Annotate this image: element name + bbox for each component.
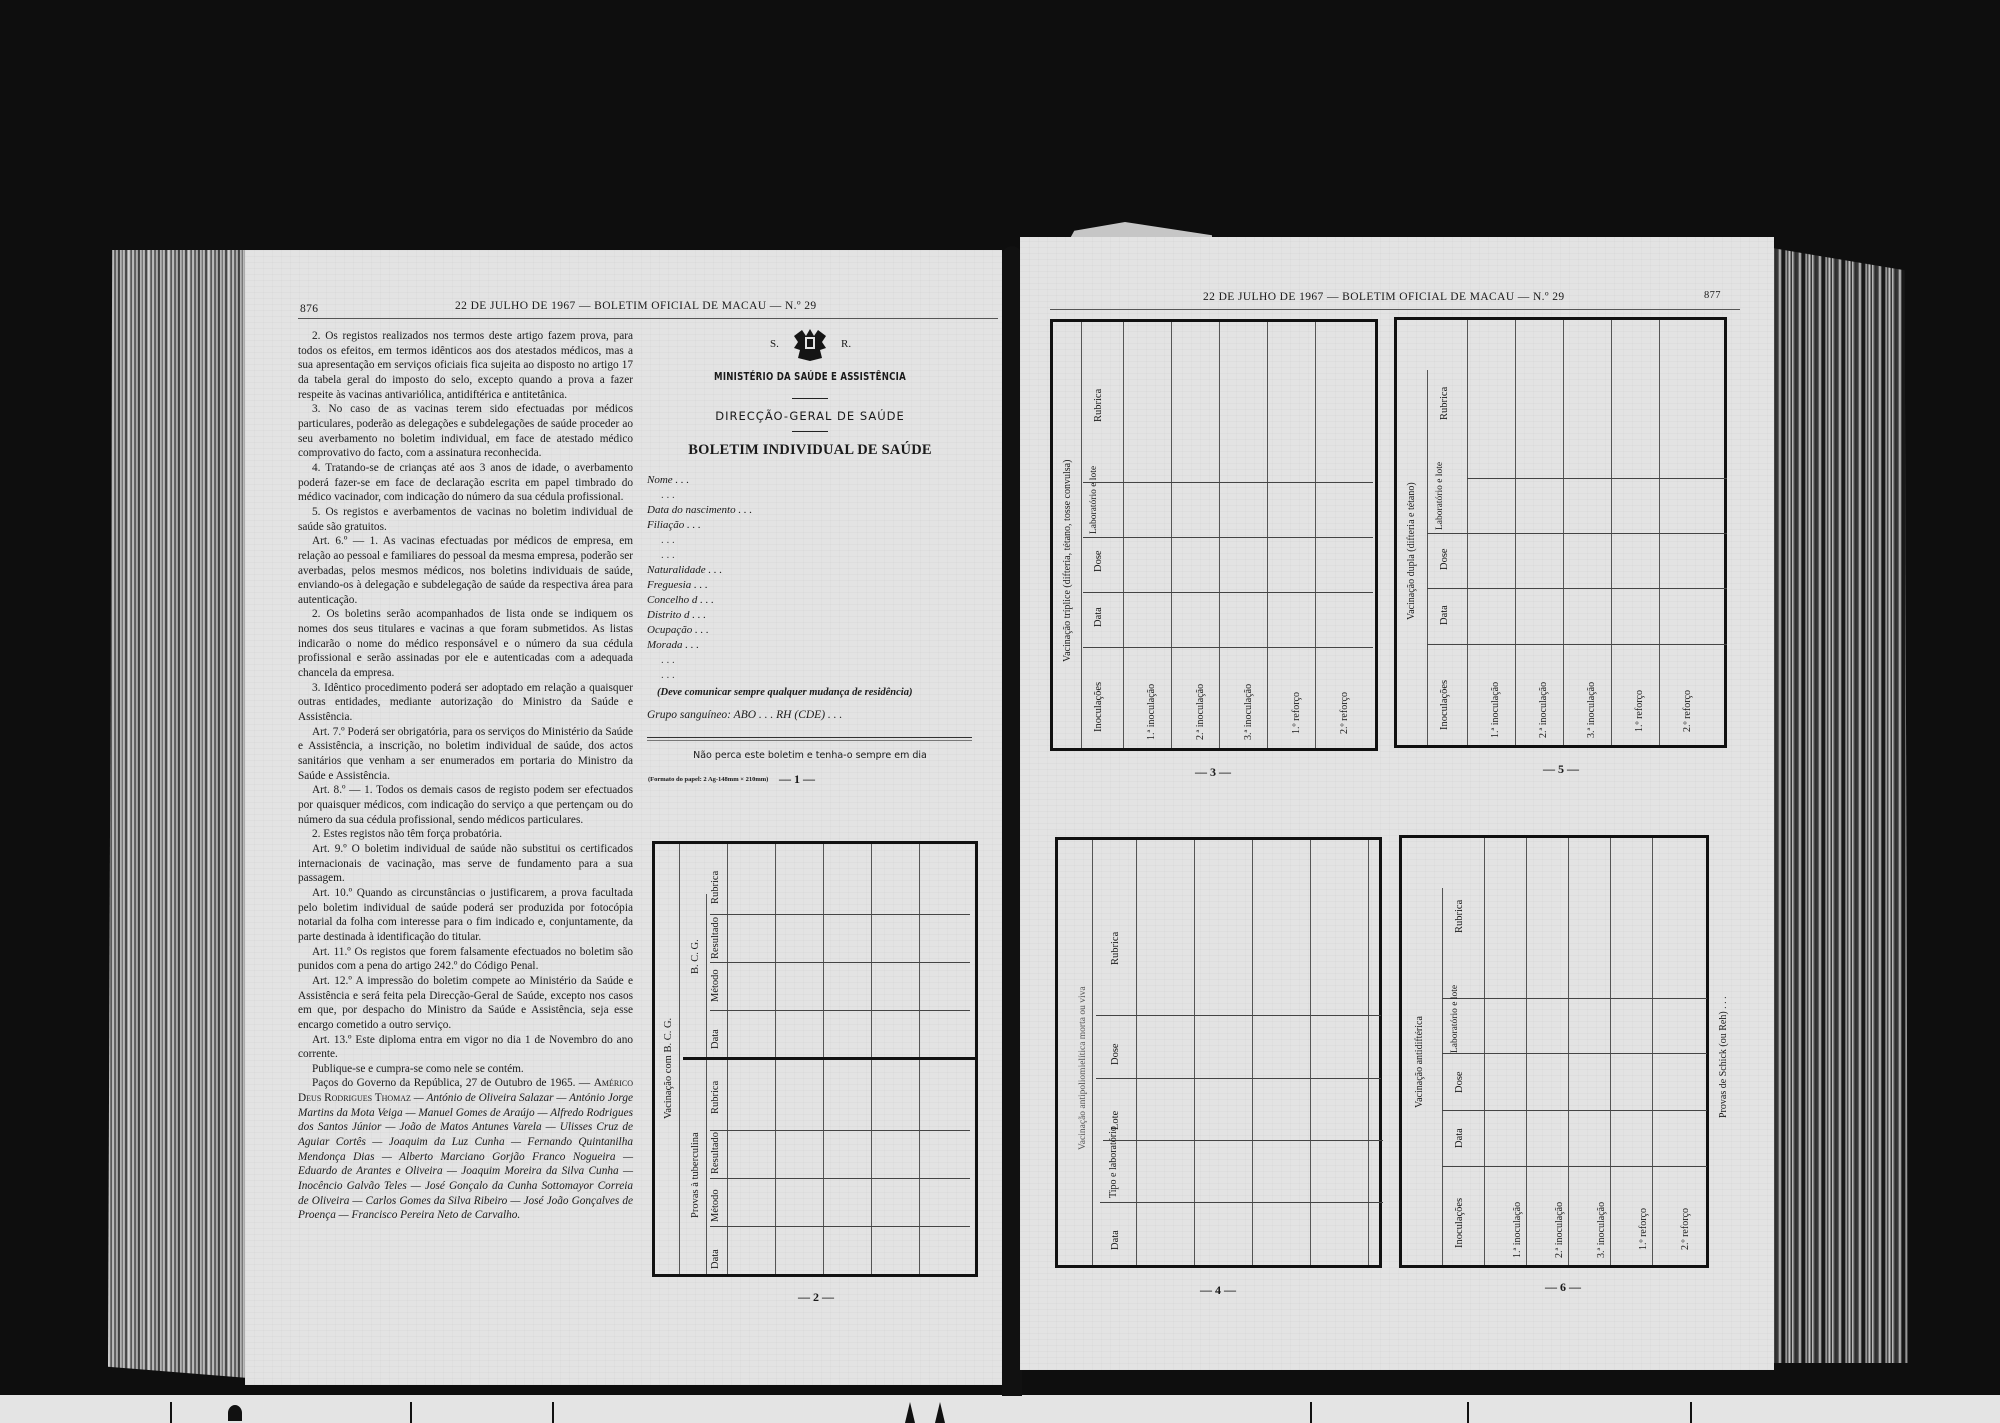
grid-line — [710, 1130, 970, 1131]
paragraph: 4. Tratando-se de crianças até aos 3 ano… — [298, 461, 633, 505]
field-naturalidade: Naturalidade . . . — [647, 563, 752, 578]
grid-line — [1083, 537, 1373, 538]
grid-line — [1315, 322, 1316, 748]
keep-notice: Não perca este boletim e tenha-o sempre … — [645, 750, 975, 761]
scan-mark — [228, 1405, 242, 1421]
grid-line — [1427, 533, 1727, 534]
decree-text-column: 2. Os registos realizados nos termos des… — [298, 329, 633, 1223]
column-header: Lote — [1110, 1111, 1121, 1130]
grid-line — [1427, 588, 1727, 589]
grid-line — [1123, 322, 1124, 748]
grid-line — [1083, 482, 1373, 483]
form-page-2-bcg-table: Vacinação com B. C. G. B. C. G. Provas à… — [652, 841, 978, 1277]
form-page-number: — 4 — — [1200, 1283, 1236, 1298]
field-continuation: . . . — [647, 488, 752, 503]
scan-mark — [552, 1402, 554, 1423]
field-continuation: . . . — [647, 548, 752, 563]
grid-line — [1442, 1110, 1707, 1111]
emblem-letter-s: S. — [770, 338, 779, 350]
row-label: 1.ª inoculação — [1490, 682, 1501, 738]
directorate-heading: DIRECÇÃO-GERAL DE SAÚDE — [645, 409, 975, 423]
grid-line — [1096, 1078, 1381, 1079]
coat-of-arms-icon — [790, 328, 830, 362]
form-page-number: — 6 — — [1545, 1280, 1581, 1295]
row-label: 1.º reforço — [1291, 692, 1302, 734]
column-header: Rubrica — [1439, 387, 1450, 420]
grid-line — [1442, 998, 1707, 999]
grid-line — [710, 1226, 970, 1227]
paragraph: Art. 7.º Poderá ser obrigatória, para os… — [298, 725, 633, 784]
grid-line — [1442, 1166, 1707, 1167]
row-label: 2.º reforço — [1682, 690, 1693, 732]
grid-line — [1467, 478, 1727, 479]
form-title: BOLETIM INDIVIDUAL DE SAÚDE — [645, 442, 975, 459]
row-label: 2.º reforço — [1680, 1208, 1691, 1250]
ministry-heading: MINISTÉRIO DA SAÚDE E ASSISTÊNCIA — [681, 370, 938, 383]
field-continuation: . . . — [647, 668, 752, 683]
scan-mark — [1310, 1402, 1312, 1423]
scan-mark — [410, 1402, 412, 1423]
book-gutter — [1002, 246, 1022, 1396]
paragraph: Art. 11.º Os registos que forem falsamen… — [298, 945, 633, 974]
grid-line — [710, 1010, 970, 1011]
column-header: Inoculações — [1093, 682, 1104, 732]
grid-line — [1427, 644, 1727, 645]
column-header: Laboratório e lote — [1089, 484, 1099, 534]
form-page-number: — 2 — — [798, 1290, 834, 1305]
row-label: 3.ª inoculação — [1243, 684, 1254, 740]
grid-line — [1081, 322, 1082, 748]
scan-mark — [1467, 1402, 1469, 1423]
column-header: Resultado — [710, 1132, 721, 1174]
grid-line — [1103, 1140, 1383, 1141]
row-label: 2.ª inoculação — [1195, 684, 1206, 740]
row-label: 2.ª inoculação — [1554, 1202, 1565, 1258]
column-header: Inoculações — [1454, 1198, 1465, 1248]
residence-change-notice: (Deve comunicar sempre qualquer mudança … — [657, 687, 912, 698]
column-header: Data — [710, 1249, 721, 1269]
column-header: Rubrica — [710, 1081, 721, 1114]
section-divider — [683, 1057, 975, 1060]
grid-line — [1568, 838, 1569, 1265]
form-page-3-triple-vaccination-table: Vacinação tríplice (difteria, tétano, to… — [1050, 319, 1378, 751]
scan-mark — [1690, 1402, 1692, 1423]
row-label: 1.ª inoculação — [1512, 1202, 1523, 1258]
column-header: Data — [710, 1029, 721, 1049]
row-label: 1.º reforço — [1638, 1208, 1649, 1250]
double-rule — [647, 737, 972, 741]
paragraph: Art. 13.º Este diploma entra em vigor no… — [298, 1033, 633, 1062]
paragraph: 5. Os registos e averbamentos de vacinas… — [298, 505, 633, 534]
column-header: Dose — [1110, 1043, 1121, 1065]
column-header: Laboratório e lote — [1435, 462, 1445, 530]
form-page-number: — 3 — — [1195, 765, 1231, 780]
column-header: Inoculações — [1439, 680, 1450, 730]
grid-line — [1083, 592, 1373, 593]
grid-line — [1267, 322, 1268, 748]
emblem-letter-r: R. — [841, 338, 851, 350]
table-title: Vacinação com B. C. G. — [663, 1018, 674, 1119]
column-header: Tipo e laboratório — [1108, 1126, 1119, 1198]
row-label: 3.ª inoculação — [1596, 1202, 1607, 1258]
form-page-number: — 5 — — [1543, 762, 1579, 777]
paragraph: Art. 9.º O boletim individual de saúde n… — [298, 842, 633, 886]
row-label: 1.ª inoculação — [1146, 684, 1157, 740]
column-header: Data — [1110, 1230, 1121, 1250]
field-freguesia: Freguesia . . . — [647, 578, 752, 593]
grid-line — [1092, 840, 1093, 1265]
section-label-bcg: B. C. G. — [690, 939, 701, 974]
header-rule-left — [298, 318, 998, 319]
form-page-5-double-vaccination-table: Vacinação dupla (difteria e tétano) Inoc… — [1394, 317, 1727, 748]
row-label: 2.º reforço — [1339, 692, 1350, 734]
grid-line — [1442, 1053, 1707, 1054]
field-nome: Nome . . . — [647, 473, 752, 488]
column-header: Data — [1454, 1128, 1465, 1148]
running-head-right: 22 DE JULHO DE 1967 — BOLETIM OFICIAL DE… — [1203, 291, 1565, 303]
paragraph: Art. 10.º Quando as circunstâncias o jus… — [298, 886, 633, 945]
table-title: Vacinação antidiftérica — [1414, 1016, 1425, 1108]
paragraph: 2. Os registos realizados nos termos des… — [298, 329, 633, 402]
field-continuation: . . . — [647, 533, 752, 548]
field-data-nascimento: Data do nascimento . . . — [647, 503, 752, 518]
grid-line — [710, 962, 970, 963]
form-page-number: — 1 — — [779, 772, 815, 787]
grid-line — [1652, 838, 1653, 1265]
paragraph: 3. Idêntico procedimento poderá ser adop… — [298, 681, 633, 725]
column-header: Dose — [1093, 550, 1104, 572]
field-continuation: . . . — [647, 653, 752, 668]
grid-line — [1171, 322, 1172, 748]
field-distrito: Distrito d . . . — [647, 608, 752, 623]
identification-fields: Nome . . . . . . Data do nascimento . . … — [647, 473, 752, 683]
column-header: Laboratório e lote — [1450, 985, 1460, 1053]
signature-block: Paços do Governo da República, 27 de Out… — [298, 1076, 633, 1223]
grid-line — [710, 914, 970, 915]
header-rule-right — [1050, 309, 1740, 310]
blood-group-field: Grupo sanguíneo: ABO . . . RH (CDE) . . … — [647, 709, 842, 721]
page-number-left: 876 — [300, 303, 318, 315]
grid-line — [679, 844, 680, 1274]
grid-line — [1427, 370, 1428, 745]
column-header: Dose — [1439, 548, 1450, 570]
column-header: Resultado — [710, 917, 721, 959]
scan-mark — [170, 1402, 172, 1423]
field-ocupacao: Ocupação . . . — [647, 623, 752, 638]
paragraph: Art. 6.º — 1. As vacinas efectuadas por … — [298, 534, 633, 607]
schick-test-note: Provas de Schick (ou Reh) . . . — [1718, 996, 1729, 1118]
grid-line — [1100, 1202, 1383, 1203]
table-title: Vacinação dupla (difteria e tétano) — [1406, 482, 1417, 620]
field-morada: Morada . . . — [647, 638, 752, 653]
grid-line — [1083, 647, 1373, 648]
table-title: Vacinação tríplice (difteria, tétano, to… — [1062, 460, 1073, 662]
grid-line — [1526, 838, 1527, 1265]
column-header: Data — [1093, 607, 1104, 627]
page-number-right: 877 — [1704, 290, 1721, 301]
column-header: Rubrica — [1093, 389, 1104, 422]
paragraph: 2. Estes registos não têm força probatór… — [298, 827, 633, 842]
divider — [792, 398, 828, 399]
paragraph: 2. Os boletins serão acompanhados de lis… — [298, 607, 633, 680]
grid-line — [710, 1178, 970, 1179]
row-label: 1.º reforço — [1634, 690, 1645, 732]
scan-bottom-strip — [0, 1395, 2000, 1423]
row-label: 3.ª inoculação — [1586, 682, 1597, 738]
paper-format-note: (Formato do papel: 2 Ag-148mm × 210mm) — [648, 776, 768, 783]
grid-line — [706, 894, 707, 1274]
grid-line — [1442, 888, 1443, 1265]
table-title: Vacinação antipoliomielítica morta ou vi… — [1078, 986, 1088, 1150]
grid-line — [1484, 838, 1485, 1265]
grid-line — [1610, 838, 1611, 1265]
column-header: Data — [1439, 605, 1450, 625]
column-header: Método — [710, 1189, 721, 1222]
form-page-4-polio-vaccination-table: Vacinação antipoliomielítica morta ou vi… — [1055, 837, 1382, 1268]
row-label: 2.ª inoculação — [1538, 682, 1549, 738]
grid-line — [1219, 322, 1220, 748]
paragraph: Art. 12.º A impressão do boletim compete… — [298, 974, 633, 1033]
field-filiacao: Filiação . . . — [647, 518, 752, 533]
divider — [792, 431, 828, 432]
column-header: Método — [710, 969, 721, 1002]
paragraph: Publique-se e cumpra-se como nele se con… — [298, 1062, 633, 1077]
running-head-left: 22 DE JULHO DE 1967 — BOLETIM OFICIAL DE… — [455, 300, 817, 312]
signature-ministers: — António de Oliveira Salazar — António … — [298, 1092, 633, 1221]
column-header: Rubrica — [710, 871, 721, 904]
signature-intro: Paços do Governo da República, 27 de Out… — [312, 1077, 590, 1089]
form-page-6-antidiphtheria-table: Vacinação antidiftérica Inoculações Data… — [1399, 835, 1709, 1268]
section-label-tuberculin: Provas à tuberculina — [690, 1132, 701, 1218]
book-page-edges-right — [1772, 248, 1942, 1363]
column-header: Rubrica — [1110, 932, 1121, 965]
paragraph: Art. 8.º — 1. Todos os demais casos de r… — [298, 783, 633, 827]
book-page-edges-left — [108, 250, 248, 1378]
column-header: Dose — [1454, 1071, 1465, 1093]
column-header: Rubrica — [1454, 900, 1465, 933]
field-concelho: Concelho d . . . — [647, 593, 752, 608]
paragraph: 3. No caso de as vacinas terem sido efec… — [298, 402, 633, 461]
grid-line — [1096, 1015, 1381, 1016]
